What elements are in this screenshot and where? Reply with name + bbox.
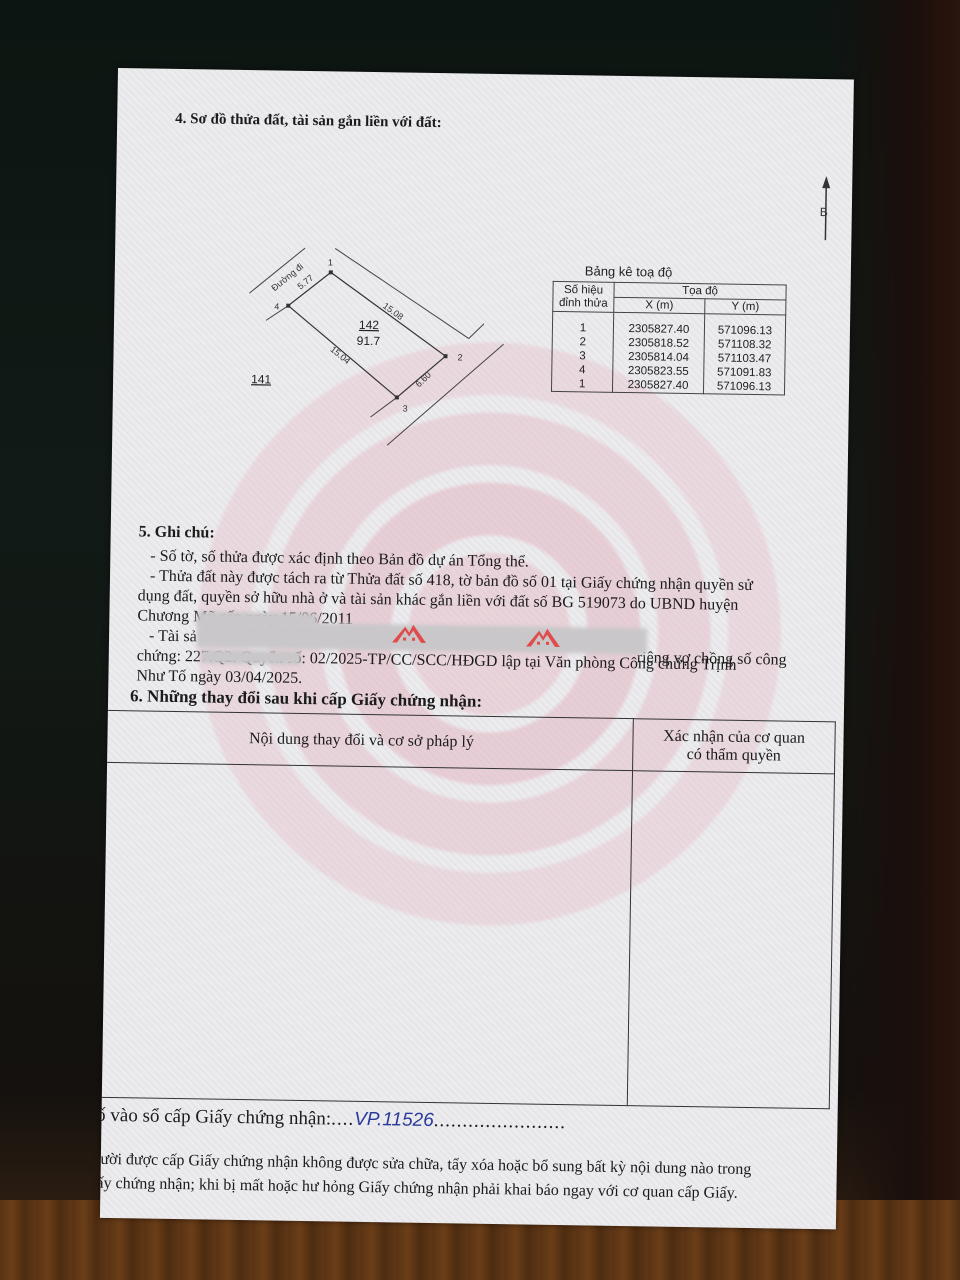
registry-label: Số vào sổ cấp Giấy chứng nhận: (100, 1105, 331, 1130)
y-cell: 571096.13 (704, 314, 785, 339)
point-cell: 4 (552, 363, 613, 378)
x-cell: 2305827.40 (612, 378, 703, 394)
coordinate-table-title: Bảng kê toạ độ (585, 263, 673, 279)
svg-text:5.77: 5.77 (295, 273, 315, 292)
changes-table: Nội dung thay đổi và cơ sở pháp lý Xác n… (100, 710, 836, 1110)
y-cell: 571091.83 (704, 365, 785, 380)
point-cell: 2 (552, 335, 613, 350)
x-cell: 2305814.04 (613, 350, 704, 365)
point-cell: 3 (552, 349, 613, 364)
section5-heading: 5. Ghi chú: (139, 523, 215, 542)
svg-text:91.7: 91.7 (357, 334, 381, 348)
svg-text:6.60: 6.60 (413, 370, 433, 389)
svg-text:15.08: 15.08 (381, 301, 405, 322)
point-cell: 1 (552, 311, 613, 335)
svg-text:B: B (820, 205, 828, 219)
redaction-blur (197, 611, 317, 627)
col-confirm-line1: Xác nhận của cơ quan (634, 727, 833, 748)
svg-text:3: 3 (403, 404, 408, 414)
house-logo-icon (391, 620, 427, 645)
plot-diagram: 1 2 3 4 Đường đi 5.77 15.08 6.60 15.04 1… (242, 245, 505, 449)
col-content-header: Nội dung thay đổi và cơ sở pháp lý (100, 710, 633, 771)
x-cell: 2305827.40 (613, 312, 704, 337)
svg-text:2: 2 (457, 352, 462, 362)
point-cell: 1 (551, 377, 612, 392)
col-y-header: Y (m) (705, 299, 786, 315)
coordinate-row: 12305827.40571096.13 (551, 377, 784, 395)
svg-text:1: 1 (328, 257, 333, 267)
y-cell: 571096.13 (703, 379, 784, 395)
certificate-page: 4. Sơ đồ thửa đất, tài sản gắn liền với … (100, 68, 854, 1229)
col-confirm-line2: có thẩm quyền (634, 745, 833, 766)
col-x-header: X (m) (614, 297, 705, 313)
col-confirm-header: Xác nhận của cơ quan có thẩm quyền (633, 719, 836, 774)
svg-text:15.04: 15.04 (328, 344, 352, 366)
changes-content-cell (100, 762, 633, 1105)
y-cell: 571108.32 (704, 337, 785, 352)
coordinate-table: Số hiệu đỉnh thửa Tọa độ X (m) Y (m) 123… (551, 281, 787, 396)
registry-value: VP.11526 (354, 1109, 434, 1131)
redaction-blur (201, 649, 301, 665)
x-cell: 2305818.52 (613, 336, 704, 351)
col-point-header: Số hiệu đỉnh thửa (553, 281, 614, 312)
north-arrow-icon: B (815, 174, 836, 244)
x-cell: 2305823.55 (613, 364, 704, 379)
house-logo-icon (525, 624, 561, 649)
svg-text:4: 4 (274, 301, 279, 311)
svg-text:141: 141 (251, 372, 272, 386)
svg-text:142: 142 (359, 318, 380, 332)
y-cell: 571103.47 (704, 351, 785, 366)
changes-confirm-cell (627, 771, 834, 1109)
